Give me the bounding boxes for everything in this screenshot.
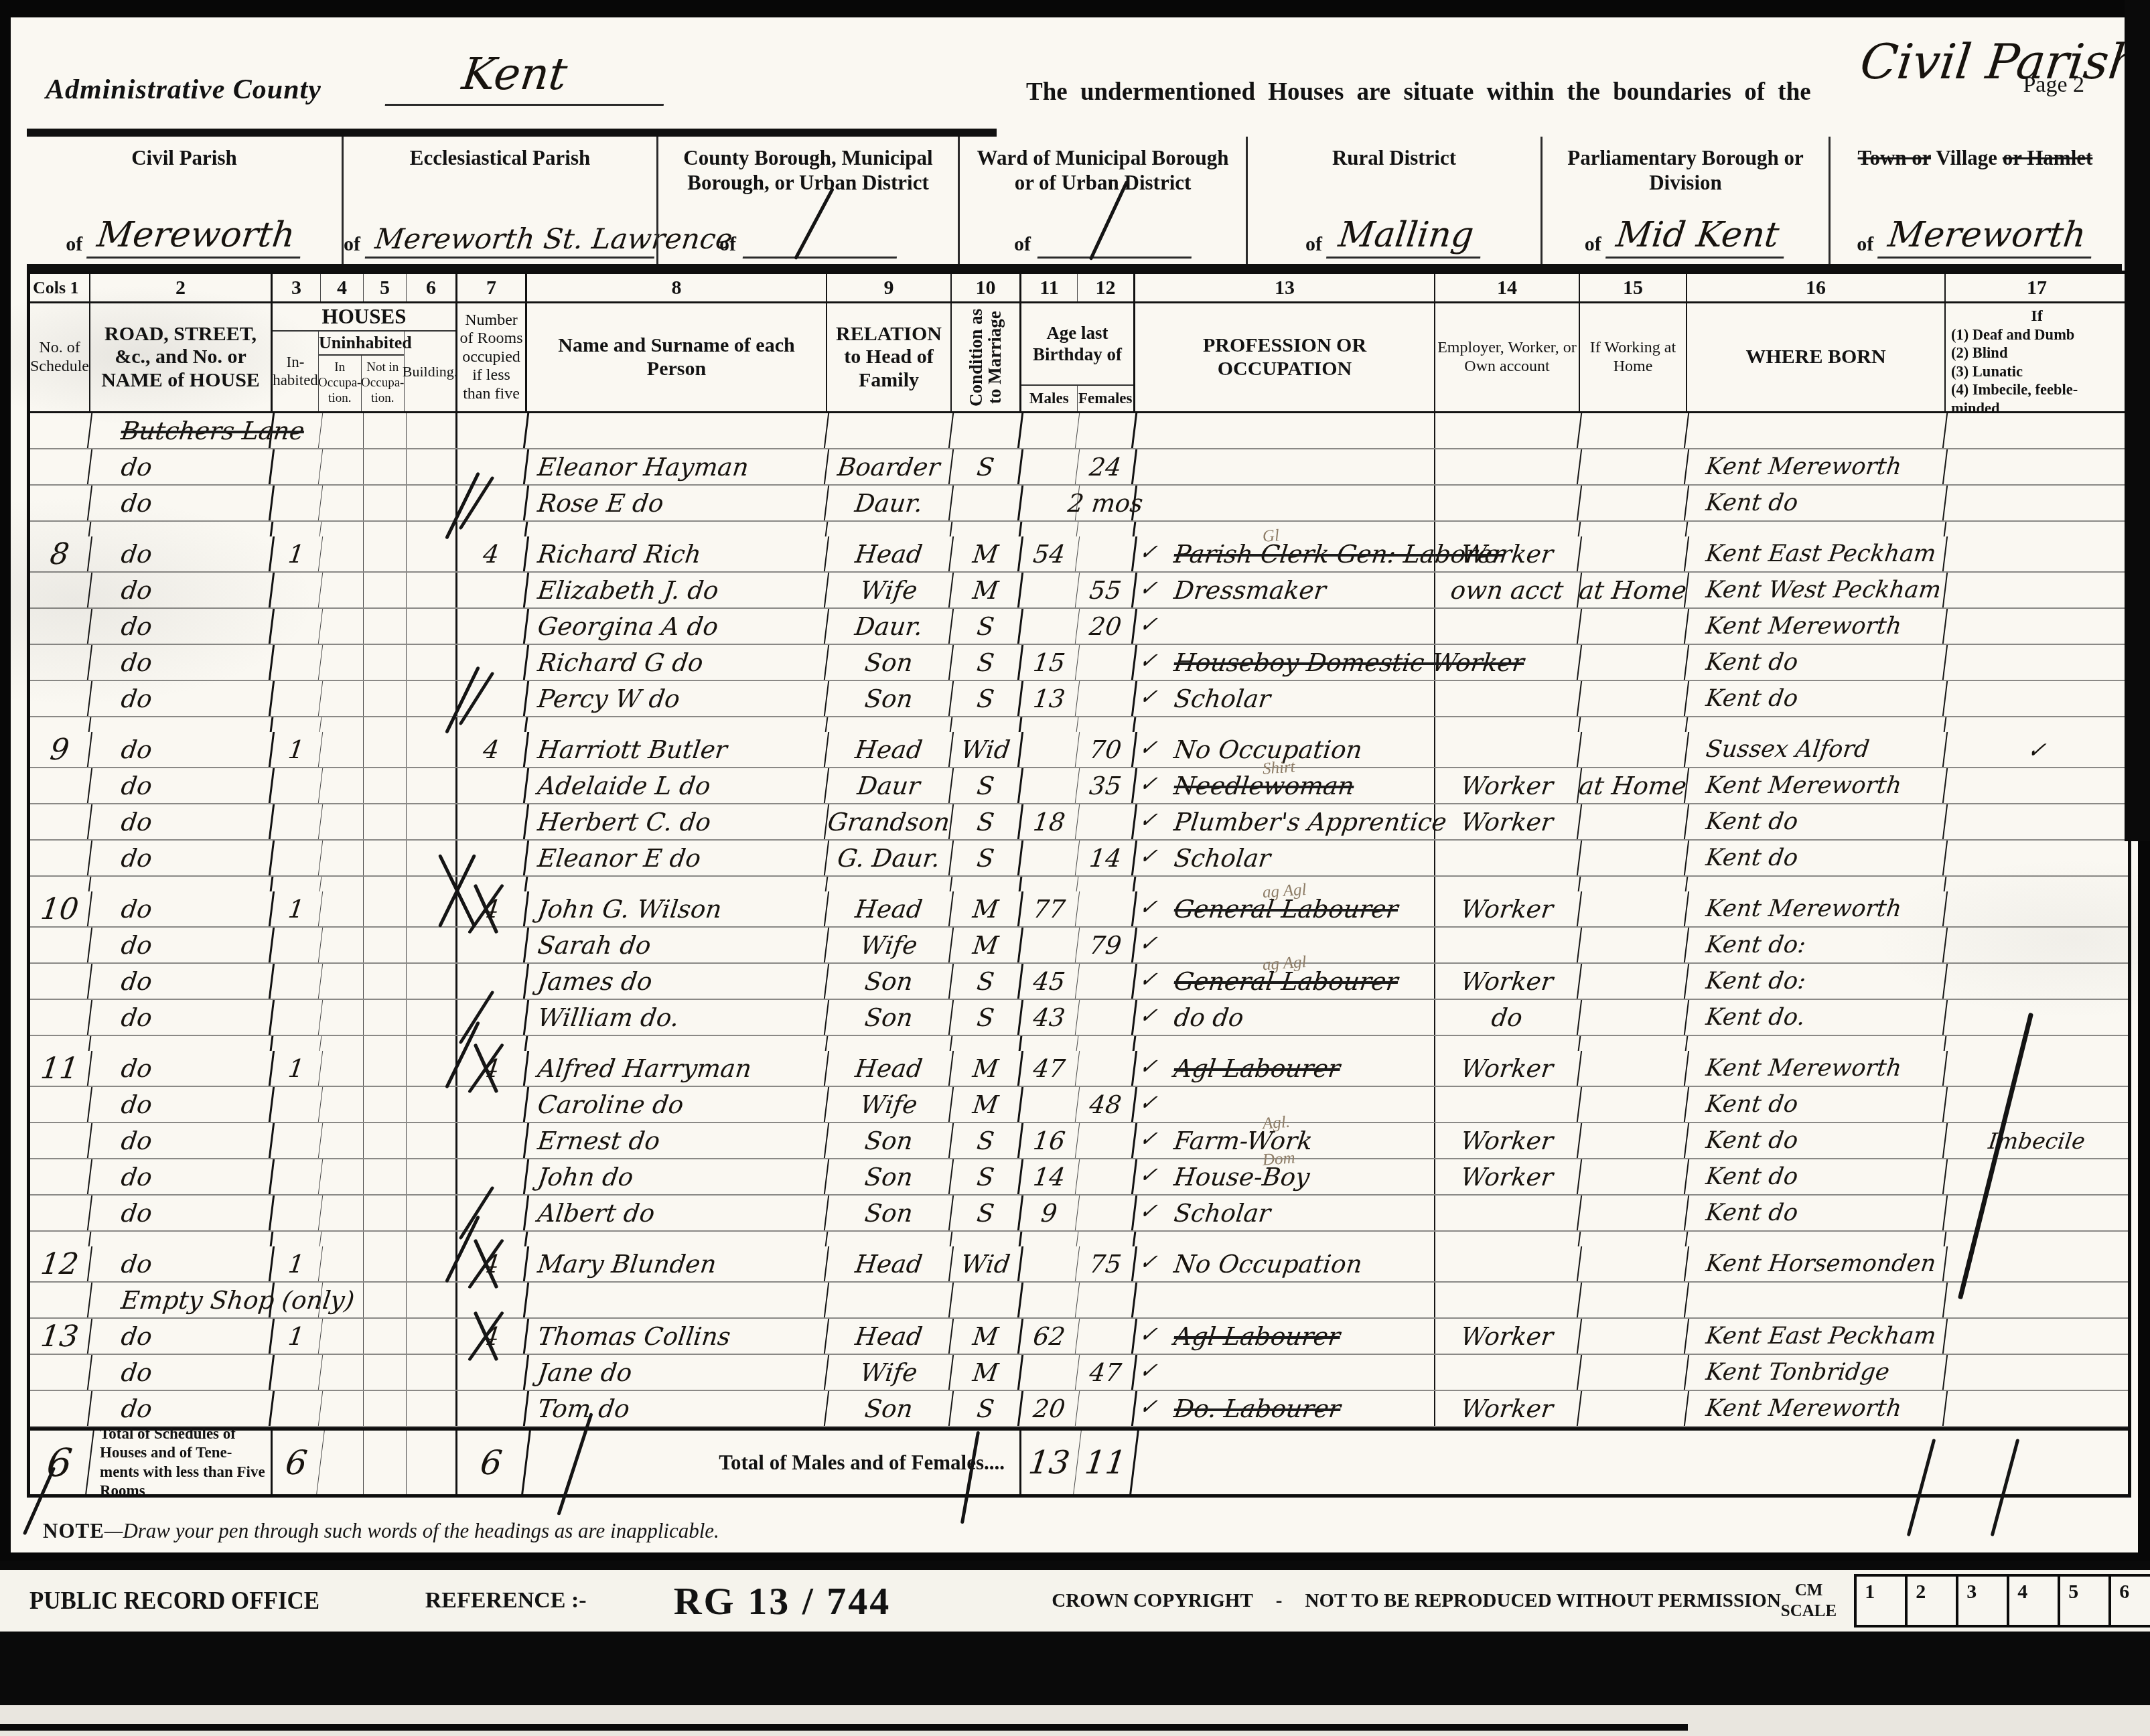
at-home-value bbox=[1578, 1246, 1689, 1281]
person-name: James do bbox=[525, 964, 829, 999]
page-number: Page 2 bbox=[2023, 72, 2084, 98]
condition-value bbox=[951, 1232, 1023, 1246]
district-label: Parliamentary Borough or Division bbox=[1543, 146, 1829, 195]
inhabited-value: 1 bbox=[271, 536, 323, 571]
building-value bbox=[407, 1232, 457, 1246]
uninhabited-in-occupation-value bbox=[321, 1000, 364, 1035]
age-male-value: 43 bbox=[1019, 1000, 1080, 1035]
rooms-value bbox=[457, 717, 528, 732]
inhabited-value bbox=[271, 1123, 323, 1158]
table-row bbox=[30, 717, 2128, 732]
header-infirmity-title: If bbox=[1951, 307, 2123, 325]
at-home-value bbox=[1578, 1319, 1689, 1354]
enumerator-tick: ✓ bbox=[1138, 611, 1159, 637]
occupation-cell: ✓ Dom House-Boy bbox=[1135, 1159, 1435, 1194]
schedule-number bbox=[28, 449, 92, 484]
person-name bbox=[526, 717, 829, 732]
uninhabited-in-occupation-value bbox=[321, 645, 364, 680]
inhabited-value: 1 bbox=[271, 1051, 323, 1086]
uninhabited-in-occupation-value bbox=[321, 522, 364, 536]
relation-value: Head bbox=[825, 1051, 954, 1086]
employer-worker-value bbox=[1435, 717, 1581, 732]
inhabited-value bbox=[271, 928, 323, 962]
occupation-cell: ✓ No Occupation bbox=[1135, 1246, 1435, 1281]
condition-value: S bbox=[950, 1196, 1023, 1230]
employer-worker-value: Worker bbox=[1433, 891, 1582, 926]
table-row: do Rose E do Daur. 2 mos Kent do bbox=[30, 486, 2128, 522]
occupation-cell bbox=[1135, 486, 1435, 520]
uninhabited-in-occupation-value bbox=[321, 486, 364, 520]
where-born-value: Kent Mereworth bbox=[1685, 1391, 1948, 1426]
condition-value: S bbox=[950, 609, 1023, 644]
occupation-value: Scholar bbox=[1172, 844, 1272, 873]
employer-worker-value bbox=[1435, 877, 1581, 891]
uninhabited-not-in-occupation-value bbox=[364, 928, 407, 962]
condition-value bbox=[951, 717, 1023, 732]
scan-bottom-line bbox=[0, 1724, 1688, 1731]
col-number: 9 bbox=[827, 274, 952, 301]
infirmity-value bbox=[1944, 1391, 2130, 1426]
condition-value: S bbox=[950, 681, 1023, 716]
table-row: do Sarah do Wife M 79 ✓ Kent do: bbox=[30, 928, 2128, 964]
where-born-value bbox=[1685, 1283, 1948, 1317]
occupation-value: Agl Labourer bbox=[1172, 1322, 1342, 1351]
occupation-cell: ✓ Scholar bbox=[1135, 1196, 1435, 1230]
of-prefix: of bbox=[1857, 233, 1873, 259]
header-houses-group: HOUSES In-habited Uninhabited In Occupa-… bbox=[273, 303, 457, 411]
rooms-value bbox=[455, 768, 529, 803]
footnote: NOTE—Draw your pen through such words of… bbox=[43, 1519, 719, 1543]
uninhabited-not-in-occupation-value bbox=[364, 1000, 407, 1035]
uninhabited-in-occupation-value bbox=[321, 1355, 364, 1390]
header-rooms: Number of Rooms occupied if less than fi… bbox=[457, 311, 525, 404]
table-row: 8 do 1 4 Richard Rich Head M 54 ✓ Gl Par… bbox=[30, 536, 2128, 573]
schedule-number: 8 bbox=[28, 536, 92, 571]
employer-worker-value bbox=[1433, 681, 1582, 716]
condition-value: M bbox=[950, 928, 1023, 962]
infirmity-value bbox=[1944, 841, 2130, 875]
district-value: Mid Kent bbox=[1605, 215, 1789, 259]
condition-value: S bbox=[950, 449, 1023, 484]
totals-inhabited: 6 bbox=[269, 1431, 325, 1494]
employer-worker-value bbox=[1433, 841, 1582, 875]
uninhabited-not-in-occupation-value bbox=[364, 964, 407, 999]
col-number: 16 bbox=[1687, 274, 1946, 301]
relation-value: Wife bbox=[825, 573, 954, 607]
totals-houses-label: Total of Schedules of Houses and of Tene… bbox=[90, 1431, 273, 1494]
relation-value: Son bbox=[825, 1123, 954, 1158]
enumerator-tick: ✓ bbox=[1138, 1198, 1159, 1224]
condition-value: M bbox=[950, 536, 1023, 571]
age-female-value bbox=[1077, 1036, 1137, 1051]
table-row: do Caroline do Wife M 48 ✓ Kent do bbox=[30, 1087, 2128, 1123]
totals-males: 13 bbox=[1017, 1431, 1082, 1494]
col-number: 6 bbox=[407, 274, 457, 301]
relation-value: Grandson bbox=[825, 804, 954, 839]
age-male-value bbox=[1019, 768, 1080, 803]
uninhabited-not-in-occupation-value bbox=[364, 768, 407, 803]
schedule-number bbox=[28, 1159, 92, 1194]
where-born-value: Kent do: bbox=[1685, 928, 1948, 962]
inhabited-value bbox=[271, 573, 323, 607]
road-name: do bbox=[88, 1355, 275, 1390]
totals-empty bbox=[321, 1431, 364, 1494]
district-ecclesiastical-parish: Ecclesiastical Parish ofMereworth St. La… bbox=[342, 137, 656, 264]
condition-value: S bbox=[950, 1000, 1023, 1035]
employer-worker-value: Worker bbox=[1433, 536, 1582, 571]
infirmity-value bbox=[1944, 1051, 2130, 1086]
district-label: Rural District bbox=[1248, 146, 1540, 171]
building-value bbox=[407, 1123, 457, 1158]
infirmity-value bbox=[1944, 891, 2130, 926]
totals-row: 6 Total of Schedules of Houses and of Te… bbox=[30, 1427, 2128, 1494]
building-value bbox=[407, 1355, 457, 1390]
uninhabited-in-occupation-value bbox=[321, 1051, 364, 1086]
at-home-value bbox=[1578, 964, 1689, 999]
age-male-value: 54 bbox=[1019, 536, 1080, 571]
age-male-value bbox=[1019, 732, 1080, 767]
at-home-value bbox=[1579, 717, 1689, 732]
occupation-cell: ✓ bbox=[1135, 609, 1435, 644]
condition-value: M bbox=[950, 1087, 1023, 1122]
condition-value bbox=[950, 1283, 1023, 1317]
person-name: Adelaide L do bbox=[525, 768, 829, 803]
scale-tick: 2 bbox=[1905, 1574, 1956, 1627]
rooms-value bbox=[455, 486, 529, 520]
where-born-value: Kent do bbox=[1685, 681, 1948, 716]
infirmity-value bbox=[1944, 1000, 2130, 1035]
occupation-cell: ✓ Plumber's Apprentice bbox=[1135, 804, 1435, 839]
employer-worker-value bbox=[1433, 1196, 1582, 1230]
uninhabited-in-occupation-value bbox=[321, 573, 364, 607]
relation-value: Head bbox=[825, 1319, 954, 1354]
road-name: do bbox=[88, 1123, 275, 1158]
administrative-county-block: Administrative County Kent bbox=[27, 43, 997, 137]
person-name: Eleanor E do bbox=[525, 841, 829, 875]
header-not-in-occupation: Not in Occupa-tion. bbox=[362, 356, 405, 411]
enumerator-tick: ✓ bbox=[1138, 1358, 1159, 1383]
road-name: do bbox=[88, 1246, 275, 1281]
rooms-value bbox=[455, 1087, 529, 1122]
occupation-cell: ✓ Houseboy Domestic Worker bbox=[1135, 645, 1435, 680]
schedule-number bbox=[28, 964, 92, 999]
boundary-value: Civil Parish of Mereworth bbox=[1857, 33, 2150, 90]
uninhabited-not-in-occupation-value bbox=[364, 1283, 407, 1317]
age-female-value bbox=[1076, 413, 1137, 448]
of-prefix: of bbox=[1014, 233, 1031, 259]
occupation-value: Agl Labourer bbox=[1172, 1054, 1342, 1083]
person-name: Percy W do bbox=[525, 681, 829, 716]
age-female-value bbox=[1076, 1123, 1137, 1158]
where-born-value: Sussex Alford bbox=[1685, 732, 1948, 767]
header-females: Females bbox=[1078, 386, 1134, 411]
person-name: Albert do bbox=[525, 1196, 829, 1230]
age-female-value bbox=[1076, 1319, 1137, 1354]
building-value bbox=[407, 449, 457, 484]
col-number: 15 bbox=[1580, 274, 1687, 301]
at-home-value bbox=[1578, 841, 1689, 875]
person-name: Alfred Harryman bbox=[525, 1051, 829, 1086]
infirmity-value bbox=[1944, 536, 2130, 571]
table-row: do Georgina A do Daur. S 20 ✓ Kent Merew… bbox=[30, 609, 2128, 645]
uninhabited-not-in-occupation-value bbox=[364, 841, 407, 875]
age-female-value bbox=[1076, 1051, 1137, 1086]
scale-tick: 1 bbox=[1854, 1574, 1905, 1627]
header-houses: HOUSES bbox=[273, 303, 455, 332]
rooms-value bbox=[455, 413, 529, 448]
at-home-value bbox=[1578, 681, 1689, 716]
enumerator-tick: ✓ bbox=[1138, 1394, 1159, 1419]
uninhabited-not-in-occupation-value bbox=[364, 804, 407, 839]
header-relation: RELATION to Head of Family bbox=[827, 323, 950, 392]
relation-value bbox=[827, 522, 953, 536]
header-building: Building. bbox=[405, 332, 455, 411]
road-name: do bbox=[88, 449, 275, 484]
age-female-value bbox=[1077, 1232, 1137, 1246]
col-number: 4 bbox=[321, 274, 364, 301]
enumerator-tick: ✓ bbox=[1138, 771, 1159, 796]
building-value bbox=[407, 1196, 457, 1230]
schedule-number bbox=[28, 1000, 92, 1035]
inhabited-value: 1 bbox=[271, 1246, 323, 1281]
person-name: Harriott Butler bbox=[525, 732, 829, 767]
person-name: Georgina A do bbox=[525, 609, 829, 644]
infirmity-value bbox=[1944, 573, 2130, 607]
person-name: Jane do bbox=[525, 1355, 829, 1390]
schedule-number bbox=[29, 877, 92, 891]
uninhabited-in-occupation-value bbox=[321, 1036, 364, 1051]
permission-label: NOT TO BE REPRODUCED WITHOUT PERMISSION bbox=[1305, 1590, 1780, 1612]
relation-value: Head bbox=[825, 1246, 954, 1281]
condition-value: S bbox=[950, 804, 1023, 839]
road-name: do bbox=[88, 1000, 275, 1035]
schedule-number bbox=[28, 804, 92, 839]
boundary-statement: The undermentioned Houses are situate wi… bbox=[1026, 78, 1811, 106]
inhabited-value: 1 bbox=[271, 732, 323, 767]
condition-value: S bbox=[950, 768, 1023, 803]
building-value bbox=[407, 928, 457, 962]
age-female-value: 35 bbox=[1076, 768, 1137, 803]
occupation-cell: ✓ Gl Parish Clerk Gen: Laborer bbox=[1135, 536, 1435, 571]
condition-value bbox=[950, 486, 1023, 520]
age-female-value bbox=[1077, 717, 1137, 732]
occupation-value: Scholar bbox=[1172, 684, 1272, 713]
header-in-occupation: In Occupa-tion. bbox=[319, 356, 362, 411]
occupation-cell: ✓ Scholar bbox=[1135, 841, 1435, 875]
of-prefix: of bbox=[344, 233, 360, 259]
occupation-cell: ✓ Agl Labourer bbox=[1135, 1051, 1435, 1086]
building-value bbox=[407, 1391, 457, 1426]
employer-worker-value bbox=[1433, 449, 1582, 484]
person-name: John do bbox=[525, 1159, 829, 1194]
age-male-value: 9 bbox=[1019, 1196, 1080, 1230]
administrative-county-value: Kent bbox=[385, 48, 670, 106]
road-name: do bbox=[88, 645, 275, 680]
table-row bbox=[30, 877, 2128, 891]
road-name: Empty Shop (only) bbox=[88, 1283, 275, 1317]
at-home-value bbox=[1578, 1159, 1689, 1194]
reference-label: REFERENCE :- bbox=[425, 1588, 587, 1613]
employer-worker-value bbox=[1433, 1355, 1582, 1390]
where-born-value: Kent do bbox=[1685, 1196, 1948, 1230]
col-number: 12 bbox=[1078, 274, 1135, 301]
uninhabited-in-occupation-value bbox=[321, 449, 364, 484]
age-female-value bbox=[1076, 645, 1137, 680]
age-male-value: 20 bbox=[1019, 1391, 1080, 1426]
road-name bbox=[90, 522, 274, 536]
schedule-number bbox=[28, 486, 92, 520]
uninhabited-not-in-occupation-value bbox=[364, 877, 407, 891]
at-home-value bbox=[1578, 732, 1689, 767]
where-born-value: Kent Tonbridge bbox=[1685, 1355, 1948, 1390]
table-row: 13 do 1 4 Thomas Collins Head M 62 ✓ Agl… bbox=[30, 1319, 2128, 1355]
label-part: Village bbox=[1936, 146, 1997, 169]
person-name: Elizabeth J. do bbox=[525, 573, 829, 607]
of-prefix: of bbox=[66, 233, 82, 259]
enumerator-tick: ✓ bbox=[1138, 1054, 1159, 1079]
person-name bbox=[525, 1283, 829, 1317]
employer-worker-value: Worker bbox=[1433, 1123, 1582, 1158]
occupation-cell: ✓ Dressmaker bbox=[1135, 573, 1435, 607]
age-male-value: 18 bbox=[1019, 804, 1080, 839]
census-scan: { "page": { "admin_county_label": "Admin… bbox=[0, 0, 2150, 1736]
header-schedule: No. of Schedule bbox=[30, 339, 89, 376]
road-name bbox=[90, 877, 274, 891]
at-home-value bbox=[1578, 449, 1689, 484]
relation-value: Head bbox=[825, 732, 954, 767]
schedule-number bbox=[28, 573, 92, 607]
district-value: Mereworth bbox=[86, 215, 305, 259]
condition-value bbox=[951, 877, 1023, 891]
infirmity-item: (4) Imbecile, feeble-minded bbox=[1951, 380, 2123, 417]
inhabited-value bbox=[272, 1232, 322, 1246]
occupation-cell: ✓ Scholar bbox=[1135, 681, 1435, 716]
table-row: 11 do 1 4 Alfred Harryman Head M 47 ✓ Ag… bbox=[30, 1051, 2128, 1087]
header-employer: Employer, Worker, or Own account bbox=[1435, 339, 1579, 376]
employer-worker-value bbox=[1433, 1246, 1582, 1281]
schedule-number: 12 bbox=[28, 1246, 92, 1281]
person-name: Mary Blunden bbox=[525, 1246, 829, 1281]
census-page: Administrative County Kent The underment… bbox=[11, 17, 2138, 1552]
uninhabited-in-occupation-value bbox=[321, 1246, 364, 1281]
employer-worker-value bbox=[1433, 928, 1582, 962]
administrative-county-label: Administrative County bbox=[46, 74, 321, 106]
scale-tick: 6 bbox=[2108, 1574, 2150, 1627]
relation-value: Son bbox=[825, 1196, 954, 1230]
rooms-value bbox=[455, 928, 529, 962]
person-name: Richard G do bbox=[525, 645, 829, 680]
employer-worker-value bbox=[1435, 1232, 1581, 1246]
rooms-value bbox=[457, 522, 528, 536]
scale-label: SCALE bbox=[1781, 1601, 1837, 1621]
condition-value: S bbox=[950, 645, 1023, 680]
schedule-number bbox=[29, 522, 92, 536]
condition-value bbox=[951, 522, 1023, 536]
uninhabited-in-occupation-value bbox=[321, 964, 364, 999]
col-number: 11 bbox=[1021, 274, 1078, 301]
table-row: Empty Shop (only) bbox=[30, 1283, 2128, 1319]
person-name bbox=[526, 1036, 829, 1051]
scale-tick: 3 bbox=[1956, 1574, 2007, 1627]
table-row: do Eleanor E do G. Daur. S 14 ✓ Scholar … bbox=[30, 841, 2128, 877]
uninhabited-not-in-occupation-value bbox=[364, 1036, 407, 1051]
age-female-value: 2 mos bbox=[1076, 486, 1137, 520]
scan-edge-right bbox=[2125, 0, 2150, 841]
road-name bbox=[90, 1036, 274, 1051]
enumerator-tick: ✓ bbox=[1138, 684, 1159, 709]
inhabited-value bbox=[271, 1087, 323, 1122]
uninhabited-in-occupation-value bbox=[321, 732, 364, 767]
building-value bbox=[407, 1087, 457, 1122]
inhabited-value bbox=[271, 645, 323, 680]
district-ward: Ward of Municipal Borough or of Urban Di… bbox=[958, 137, 1246, 264]
employer-worker-value: Worker bbox=[1433, 768, 1582, 803]
age-male-value bbox=[1019, 1246, 1080, 1281]
header-uninhabited: Uninhabited bbox=[319, 332, 404, 356]
table-row: do Percy W do Son S 13 ✓ Scholar Kent do bbox=[30, 681, 2128, 717]
age-female-value bbox=[1076, 1283, 1137, 1317]
where-born-value: Kent do: bbox=[1685, 964, 1948, 999]
at-home-value bbox=[1578, 928, 1689, 962]
condition-value bbox=[950, 413, 1023, 448]
schedule-number: 11 bbox=[28, 1051, 92, 1086]
building-value bbox=[407, 573, 457, 607]
uninhabited-in-occupation-value bbox=[321, 413, 364, 448]
table-body: Butchers Lane do Eleanor Hayman Boarder … bbox=[30, 413, 2128, 1427]
age-female-value: 24 bbox=[1076, 449, 1137, 484]
schedule-number bbox=[28, 609, 92, 644]
building-value bbox=[407, 964, 457, 999]
footnote-label: NOTE bbox=[43, 1519, 104, 1542]
condition-value: Wid bbox=[950, 732, 1023, 767]
at-home-value bbox=[1578, 413, 1689, 448]
at-home-value bbox=[1578, 645, 1689, 680]
age-female-value bbox=[1077, 877, 1137, 891]
header-age: Age last Birthday of bbox=[1021, 303, 1133, 384]
building-value bbox=[407, 1159, 457, 1194]
road-name: do bbox=[88, 1196, 275, 1230]
person-name: Thomas Collins bbox=[525, 1319, 829, 1354]
age-female-value bbox=[1076, 891, 1137, 926]
district-value: Mereworth bbox=[1877, 215, 2096, 259]
public-record-office-bar: PUBLIC RECORD OFFICE REFERENCE :- RG 13 … bbox=[0, 1561, 2150, 1641]
header-age-group: Age last Birthday of Males Females bbox=[1021, 303, 1135, 411]
occupation-cell: ✓ Agl Labourer bbox=[1135, 1319, 1435, 1354]
occupation-value: Plumber's Apprentice bbox=[1172, 808, 1448, 837]
age-female-value bbox=[1076, 1159, 1137, 1194]
header-name: Name and Surname of each Person bbox=[527, 334, 826, 380]
age-female-value bbox=[1076, 804, 1137, 839]
where-born-value: Kent East Peckham bbox=[1685, 1319, 1948, 1354]
inhabited-value: 1 bbox=[271, 1319, 323, 1354]
header-inhabited: In-habited bbox=[273, 332, 319, 411]
road-name: do bbox=[88, 536, 275, 571]
age-male-value bbox=[1019, 1283, 1080, 1317]
occupation-cell: ✓ bbox=[1135, 1355, 1435, 1390]
condition-value: Wid bbox=[950, 1246, 1023, 1281]
col-number: 7 bbox=[457, 274, 527, 301]
road-name: do bbox=[88, 1391, 275, 1426]
where-born-value: Kent Mereworth bbox=[1685, 891, 1948, 926]
relation-value: Wife bbox=[825, 1087, 954, 1122]
header-males: Males bbox=[1021, 386, 1078, 411]
totals-empty bbox=[407, 1431, 457, 1494]
relation-value bbox=[827, 1232, 953, 1246]
age-male-value bbox=[1021, 717, 1079, 732]
schedule-number bbox=[28, 1355, 92, 1390]
building-value bbox=[407, 768, 457, 803]
occupation-cell: ✓ Shirt Needlewoman bbox=[1135, 768, 1435, 803]
